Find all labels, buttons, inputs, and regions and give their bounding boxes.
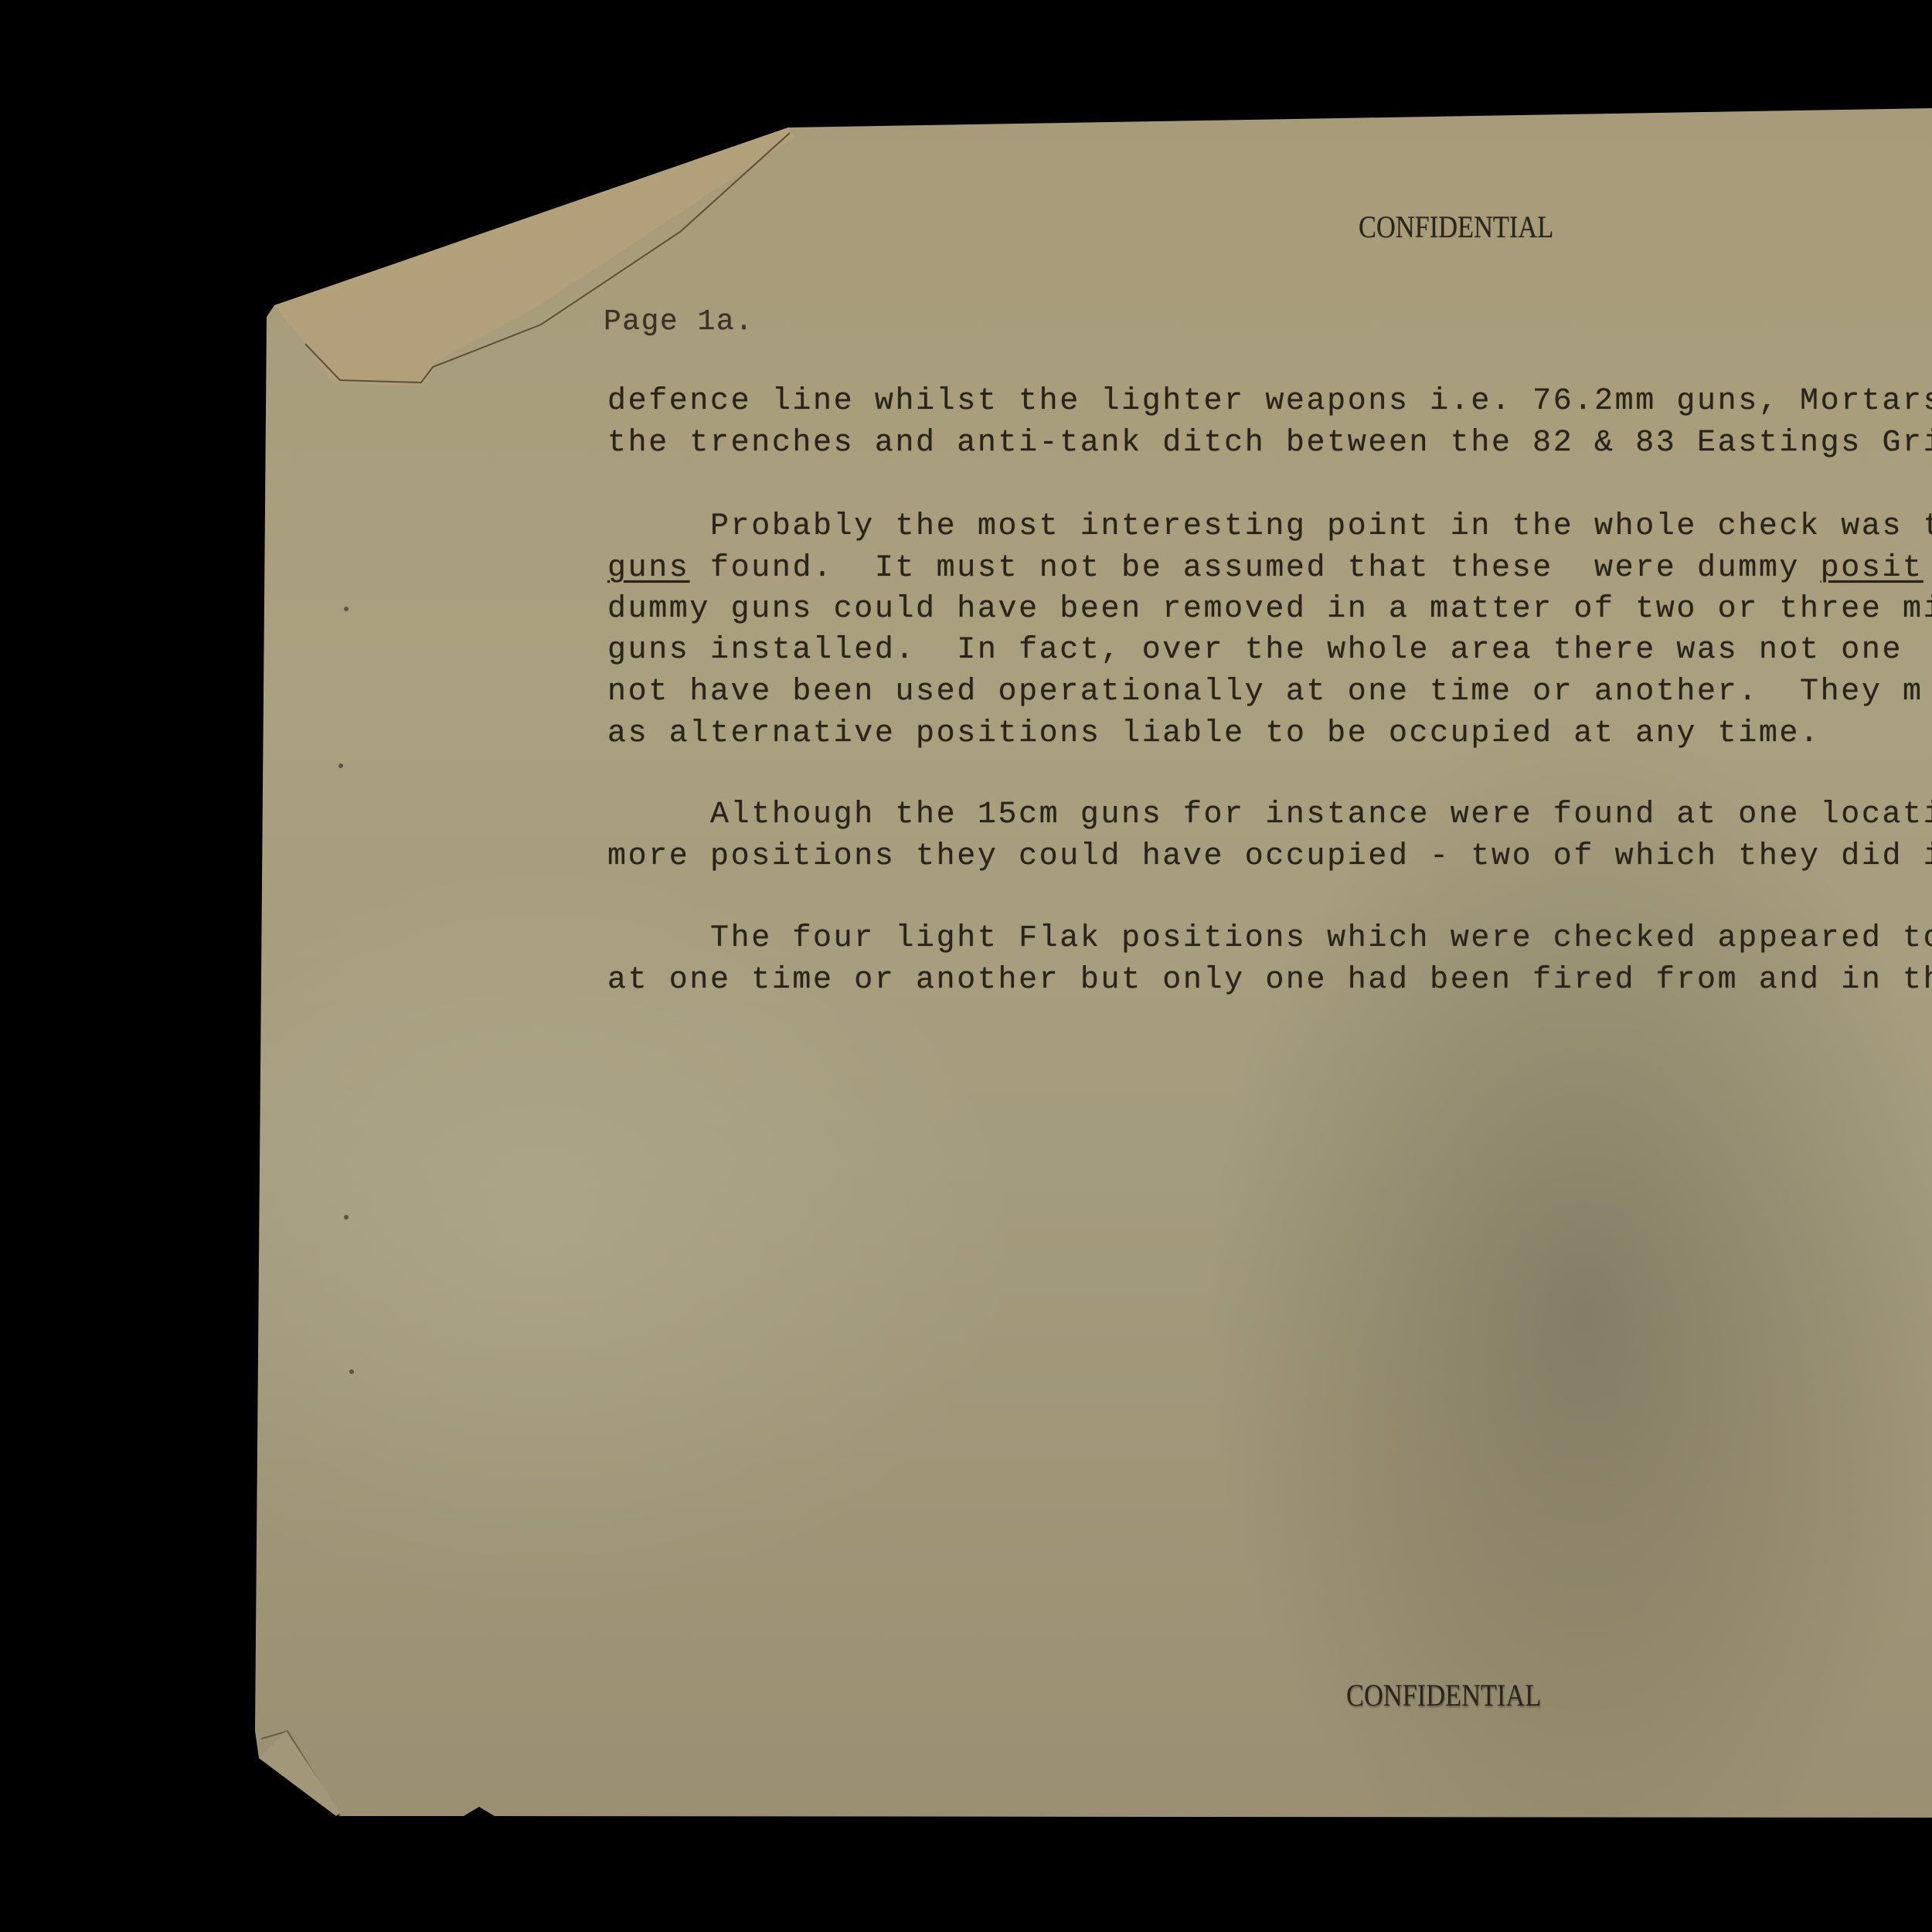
paragraph-3-line-1: Although the 15cm guns for instance were…: [607, 798, 1932, 832]
page-label: Page 1a.: [604, 305, 753, 338]
paper-speck: [349, 1369, 354, 1374]
paragraph-3-line-2: more positions they could have occupied …: [607, 839, 1932, 874]
paragraph-2-line-2-mid: found. It must not be assumed that these…: [689, 551, 1820, 586]
paragraph-4-line-1: The four light Flak positions which were…: [607, 921, 1932, 956]
paragraph-1-line-1: defence line whilst the lighter weapons …: [607, 384, 1932, 419]
photo-stage: CONFIDENTIAL Page 1a. defence line whils…: [0, 0, 1932, 1932]
paragraph-2-line-4: guns installed. In fact, over the whole …: [607, 633, 1903, 668]
paper-speck: [344, 1215, 349, 1219]
confidential-header: CONFIDENTIAL: [1359, 209, 1553, 245]
paragraph-2-line-6: as alternative positions liable to be oc…: [607, 716, 1821, 751]
paper-speck: [344, 607, 349, 611]
paragraph-1-line-2: the trenches and anti-tank ditch between…: [607, 426, 1932, 461]
underlined-word-guns: guns: [607, 551, 689, 586]
paragraph-4-line-2: at one time or another but only one had …: [607, 963, 1932, 998]
paragraph-2-line-3: dummy guns could have been removed in a …: [607, 592, 1932, 627]
paragraph-2-line-5: not have been used operationally at one …: [607, 675, 1923, 709]
paragraph-2-line-1: Probably the most interesting point in t…: [607, 509, 1932, 544]
underlined-word-positions: posit: [1821, 551, 1923, 586]
paragraph-2-line-2: guns found. It must not be assumed that …: [607, 551, 1923, 586]
paper-speck: [338, 764, 343, 768]
confidential-footer: CONFIDENTIAL: [1346, 1677, 1541, 1713]
